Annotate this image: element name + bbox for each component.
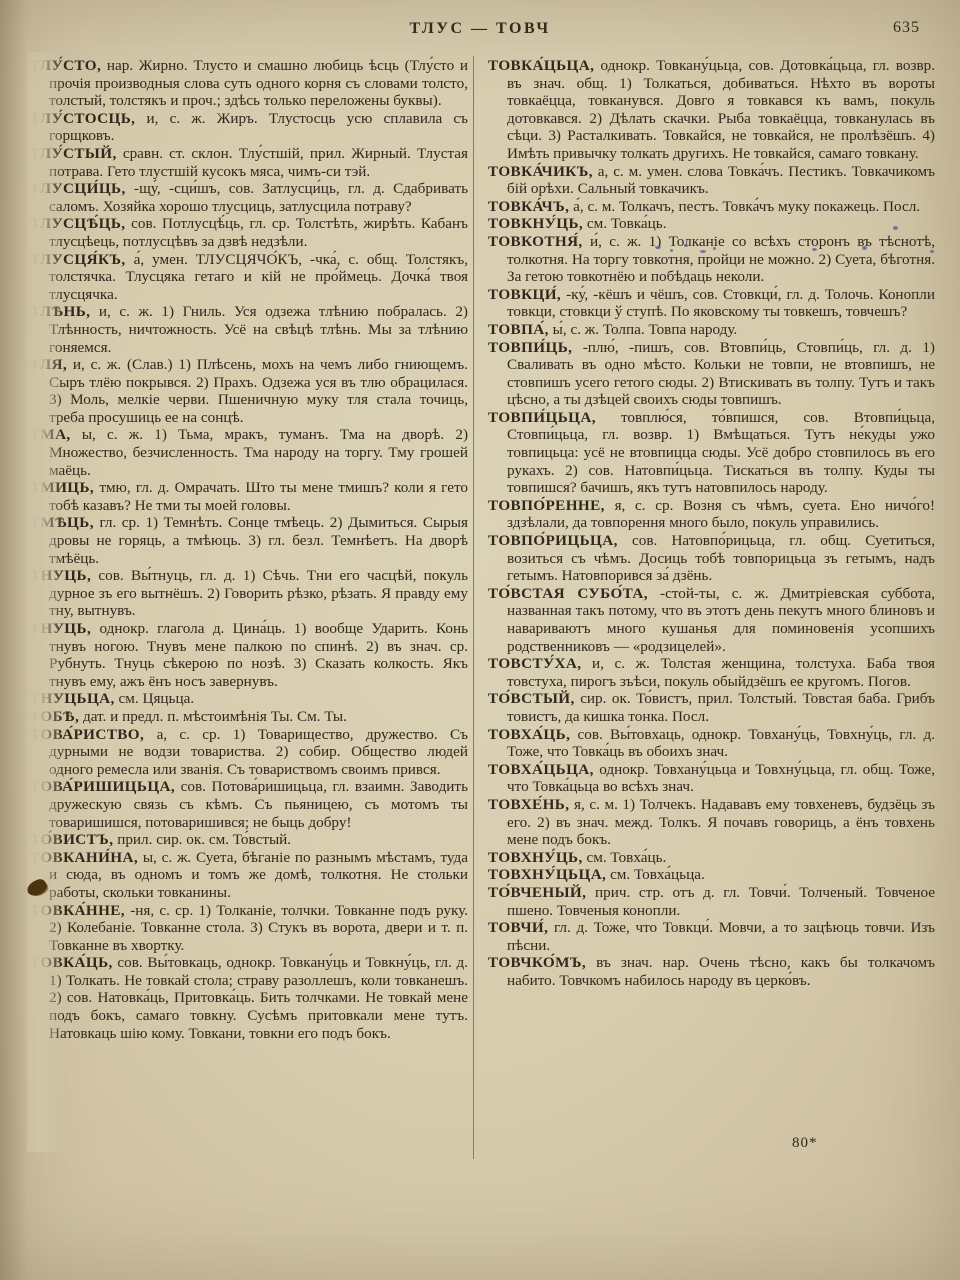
dictionary-entry: ТЛУСЦѢ́ЦЬ, сов. Потлусцѣ́ць, гл. ср. Тол… (30, 215, 468, 250)
dictionary-entry: ТОВКНУ́ЦЬ, см. Товка́ць. (488, 215, 935, 233)
entry-body: сов. Вы́тнуць, гл. д. 1) Сѣчь. Тни его ч… (49, 567, 468, 619)
dictionary-entry: ТО́ВИСТЪ, прил. сир. ок. см. То́встый. (30, 831, 468, 849)
entry-headword: ТОВКА́ННЕ, (30, 902, 125, 919)
entry-body: гл. ср. 1) Темнѣть. Сонце тмѣець. 2) Дым… (49, 514, 468, 566)
running-title: ТЛУС — ТОВЧ (0, 20, 960, 38)
entry-body: -плю́, -пишъ, сов. Втовпи́ць, Стовпи́ць,… (507, 339, 935, 409)
dictionary-entry: ТОВПИ́ЦЬ, -плю́, -пишъ, сов. Втовпи́ць, … (488, 339, 935, 409)
dictionary-entry: ТОВКА́ННЕ, -ня, с. ср. 1) Толканіе, толч… (30, 902, 468, 955)
entry-headword: ТО́ВЧЕНЫЙ, (488, 884, 586, 901)
dictionary-entry: ТМИЦЬ, тмю, гл. д. Омрачать. Што ты мене… (30, 479, 468, 514)
entry-headword: ТЛУСЦЯ́КЪ, (30, 251, 126, 268)
entry-headword: ТО́ВИСТЪ, (30, 831, 113, 848)
dictionary-entry: ТОВКОТНЯ́, и́, с. ж. 1) Толканіе со всѣх… (488, 233, 935, 286)
entry-headword: ТНУЦЬЦА, (30, 690, 115, 707)
entry-headword: ТОВПА́, (488, 321, 549, 338)
entry-headword: ТМА, (30, 426, 71, 443)
dictionary-entry: ТОВЧКО́МЪ, въ знач. нар. Очень тѣсно, ка… (488, 954, 935, 989)
entry-headword: ТЛУ́СТЫЙ, (30, 145, 117, 162)
entry-headword: ТОВХА́ЦЬЦА, (488, 761, 594, 778)
entry-body: ы́, с. ж. Толпа. Товпа народу. (553, 321, 738, 338)
entry-body: гл. д. Тоже, что Товкци́. Мовчи, а то за… (507, 919, 935, 954)
dictionary-entry: ТОВКА́ЧИКЪ, а, с. м. умен. слова Товка́ч… (488, 163, 935, 198)
dictionary-entry: ТО́ВСТАЯ СУБО́ТА, -стой-ты, с. ж. Дмитрі… (488, 585, 935, 655)
dictionary-entry: ТО́ВЧЕНЫЙ, прич. стр. отъ д. гл. Товчи́.… (488, 884, 935, 919)
entry-headword: ТЛУСЦѢ́ЦЬ, (30, 215, 125, 232)
page-gutter-shadow (0, 0, 28, 1280)
entry-body: см. Товха́цьца. (610, 866, 705, 883)
ink-speck (655, 246, 661, 249)
entry-headword: ТНУЦЬ, (30, 620, 91, 637)
entry-body: см. Товха́ць. (586, 849, 666, 866)
dictionary-entry: ТОВСТУ́ХА, и, с. ж. Толстая женщина, тол… (488, 655, 935, 690)
entry-body: и, с. ж. (Слав.) 1) Плѣсень, мохъ на чем… (49, 356, 468, 426)
entry-headword: ТО́ВСТЫЙ, (488, 690, 575, 707)
entry-headword: ТЛУ́СТО, (30, 57, 101, 74)
entry-headword: ТОВА́РИШИЦЬЦА, (30, 778, 175, 795)
dictionary-entry: ТЛУ́СТО, нар. Жирно. Тлусто и смашно люб… (30, 57, 468, 110)
dictionary-entry: ТОВА́РИСТВО, а, с. ср. 1) Товарищество, … (30, 726, 468, 779)
entry-headword: ТЛѢНЬ, (30, 303, 90, 320)
dictionary-entry: ТНУЦЬ, сов. Вы́тнуць, гл. д. 1) Сѣчь. Тн… (30, 567, 468, 620)
dictionary-entry: ТОВХА́ЦЬЦА, однокр. Товхану́цьца и Товхн… (488, 761, 935, 796)
entry-headword: ТОВПИ́ЦЬЦА, (488, 409, 596, 426)
entry-body: см. Товка́ць. (587, 215, 667, 232)
dictionary-entry: ТЛУСЦИ́ЦЬ, -щу́, -сци́шъ, сов. Затлусци́… (30, 180, 468, 215)
entry-body: я, с. м. 1) Толчекъ. Надававъ ему товхен… (507, 796, 935, 848)
entry-headword: ТОВКА́ЧИКЪ, (488, 163, 593, 180)
entry-headword: ТОВХНУ́ЦЬ, (488, 849, 583, 866)
entry-body: -ку́, -кёшъ и чёшъ, сов. Стовкци́, гл. д… (507, 286, 935, 321)
dictionary-entry: ТОВХА́ЦЬ, сов. Вы́товхаць, однокр. Товха… (488, 726, 935, 761)
entry-headword: ТОВКА́ЧЪ, (488, 198, 569, 215)
dictionary-entry: ТОВПО́РИЦЬЦА, сов. Натовпо́рицьца, гл. о… (488, 532, 935, 585)
entry-headword: ТОВКА́ЦЬЦА, (488, 57, 594, 74)
ink-speck (713, 247, 716, 250)
dictionary-entry: ТОВПИ́ЦЬЦА, товплю́ся, то́впишся, сов. В… (488, 409, 935, 497)
entry-headword: ТОВХА́ЦЬ, (488, 726, 570, 743)
dictionary-entry: ТЛУ́СТЫЙ, сравн. ст. склон. Тлу́стшій, п… (30, 145, 468, 180)
entry-headword: ТОВХНУ́ЦЬЦА, (488, 866, 606, 883)
entry-body: ы, с. ж. 1) Тьма, мракъ, туманъ. Тма на … (49, 426, 468, 478)
column-divider-rule (473, 56, 474, 1159)
entry-body: нар. Жирно. Тлусто и смашно любиць ѣсць … (49, 57, 468, 109)
entry-headword: ТОВПО́РИЦЬЦА, (488, 532, 618, 549)
entry-body: дат. и предл. п. мѣстоимѣнія Ты. См. Ты. (83, 708, 347, 725)
right-column: ТОВКА́ЦЬЦА, однокр. Товкану́цьца, сов. Д… (488, 57, 935, 989)
left-column: ТЛУ́СТО, нар. Жирно. Тлусто и смашно люб… (30, 57, 468, 1042)
entry-headword: ТОВКЦИ́, (488, 286, 561, 303)
ink-speck (812, 248, 817, 251)
dictionary-entry: ТОВКАНИ́НА, ы, с. ж. Суета, бѣганіе по р… (30, 849, 468, 902)
dictionary-entry: ТНУЦЬ, однокр. глагола д. Цина́ць. 1) во… (30, 620, 468, 690)
dictionary-entry: ТМА, ы, с. ж. 1) Тьма, мракъ, туманъ. Тм… (30, 426, 468, 479)
entry-headword: ТОВПИ́ЦЬ, (488, 339, 572, 356)
entry-body: прил. сир. ок. см. То́встый. (117, 831, 291, 848)
entry-headword: ТМѢЦЬ, (30, 514, 94, 531)
dictionary-entry: ТОВХЕ́НЬ, я, с. м. 1) Толчекъ. Надававъ … (488, 796, 935, 849)
dictionary-page: ТЛУС — ТОВЧ 635 ТЛУ́СТО, нар. Жирно. Тлу… (0, 0, 960, 1280)
entry-body: а́, с. м. Толкачъ, пестъ. Товка́чъ муку … (573, 198, 920, 215)
entry-body: тмю, гл. д. Омрачать. Што ты мене тмишъ?… (49, 479, 468, 514)
entry-body: однокр. глагола д. Цина́ць. 1) вообще Уд… (49, 620, 468, 690)
dictionary-entry: ТОВХНУ́ЦЬ, см. Товха́ць. (488, 849, 935, 867)
entry-headword: ТЛЯ, (30, 356, 67, 373)
entry-headword: ТОВКОТНЯ́, (488, 233, 583, 250)
entry-body: сов. Вы́товхаць, однокр. Товхану́ць, Тов… (507, 726, 935, 761)
dictionary-entry: ТОВЧИ́, гл. д. Тоже, что Товкци́. Мовчи,… (488, 919, 935, 954)
entry-headword: ТМИЦЬ, (30, 479, 94, 496)
dictionary-entry: ТМѢЦЬ, гл. ср. 1) Темнѣть. Сонце тмѣець.… (30, 514, 468, 567)
entry-headword: ТОВСТУ́ХА, (488, 655, 581, 672)
entry-headword: ТЛУ́СТОСЦЬ, (30, 110, 135, 127)
entry-body: и, с. ж. 1) Гниль. Уся одзежа тлѣнию поб… (49, 303, 468, 355)
entry-headword: ТОВА́РИСТВО, (30, 726, 144, 743)
ink-speck (670, 249, 673, 252)
entry-headword: ТОБѢ, (30, 708, 79, 725)
dictionary-entry: ТОВПА́, ы́, с. ж. Толпа. Товпа народу. (488, 321, 935, 339)
dictionary-entry: ТЛУ́СТОСЦЬ, и, с. ж. Жиръ. Тлустосць усю… (30, 110, 468, 145)
entry-headword: ТНУЦЬ, (30, 567, 91, 584)
ink-speck (893, 226, 898, 230)
ink-speck (862, 246, 867, 250)
dictionary-entry: ТЛЯ, и, с. ж. (Слав.) 1) Плѣсень, мохъ н… (30, 356, 468, 426)
dictionary-entry: ТЛУСЦЯ́КЪ, а́, умен. ТЛУСЦЯЧО́КЪ, -чка́,… (30, 251, 468, 304)
entry-headword: ТОВЧКО́МЪ, (488, 954, 586, 971)
entry-headword: ТОВКА́ЦЬ, (30, 954, 113, 971)
dictionary-entry: ТОВКА́ЧЪ, а́, с. м. Толкачъ, пестъ. Товк… (488, 198, 935, 216)
entry-headword: ТОВКНУ́ЦЬ, (488, 215, 583, 232)
dictionary-entry: ТОВХНУ́ЦЬЦА, см. Товха́цьца. (488, 866, 935, 884)
entry-headword: ТОВЧИ́, (488, 919, 548, 936)
page-number: 635 (893, 19, 920, 37)
ink-speck (930, 250, 934, 253)
dictionary-entry: ТОВПО́РЕННЕ, я, с. ср. Возня съ чѣмъ, су… (488, 497, 935, 532)
entry-body: см. Цяцьца. (119, 690, 195, 707)
dictionary-entry: ТОВА́РИШИЦЬЦА, сов. Потова́ришицьца, гл.… (30, 778, 468, 831)
signature-mark: 80* (792, 1135, 818, 1152)
entry-headword: ТЛУСЦИ́ЦЬ, (30, 180, 126, 197)
entry-headword: ТОВПО́РЕННЕ, (488, 497, 605, 514)
ink-speck (700, 250, 706, 253)
dictionary-entry: ТНУЦЬЦА, см. Цяцьца. (30, 690, 468, 708)
entry-headword: ТОВХЕ́НЬ, (488, 796, 569, 813)
dictionary-entry: ТО́ВСТЫЙ, сир. ок. То́вистъ, прил. Толст… (488, 690, 935, 725)
ink-speck (684, 244, 688, 247)
entry-headword: ТОВКАНИ́НА, (30, 849, 138, 866)
dictionary-entry: ТОВКЦИ́, -ку́, -кёшъ и чёшъ, сов. Стовкц… (488, 286, 935, 321)
dictionary-entry: ТЛѢНЬ, и, с. ж. 1) Гниль. Уся одзежа тлѣ… (30, 303, 468, 356)
dictionary-entry: ТОВКА́ЦЬ, сов. Вы́товкаць, однокр. Товка… (30, 954, 468, 1042)
entry-headword: ТО́ВСТАЯ СУБО́ТА, (488, 585, 648, 602)
dictionary-entry: ТОБѢ, дат. и предл. п. мѣстоимѣнія Ты. С… (30, 708, 468, 726)
dictionary-entry: ТОВКА́ЦЬЦА, однокр. Товкану́цьца, сов. Д… (488, 57, 935, 163)
